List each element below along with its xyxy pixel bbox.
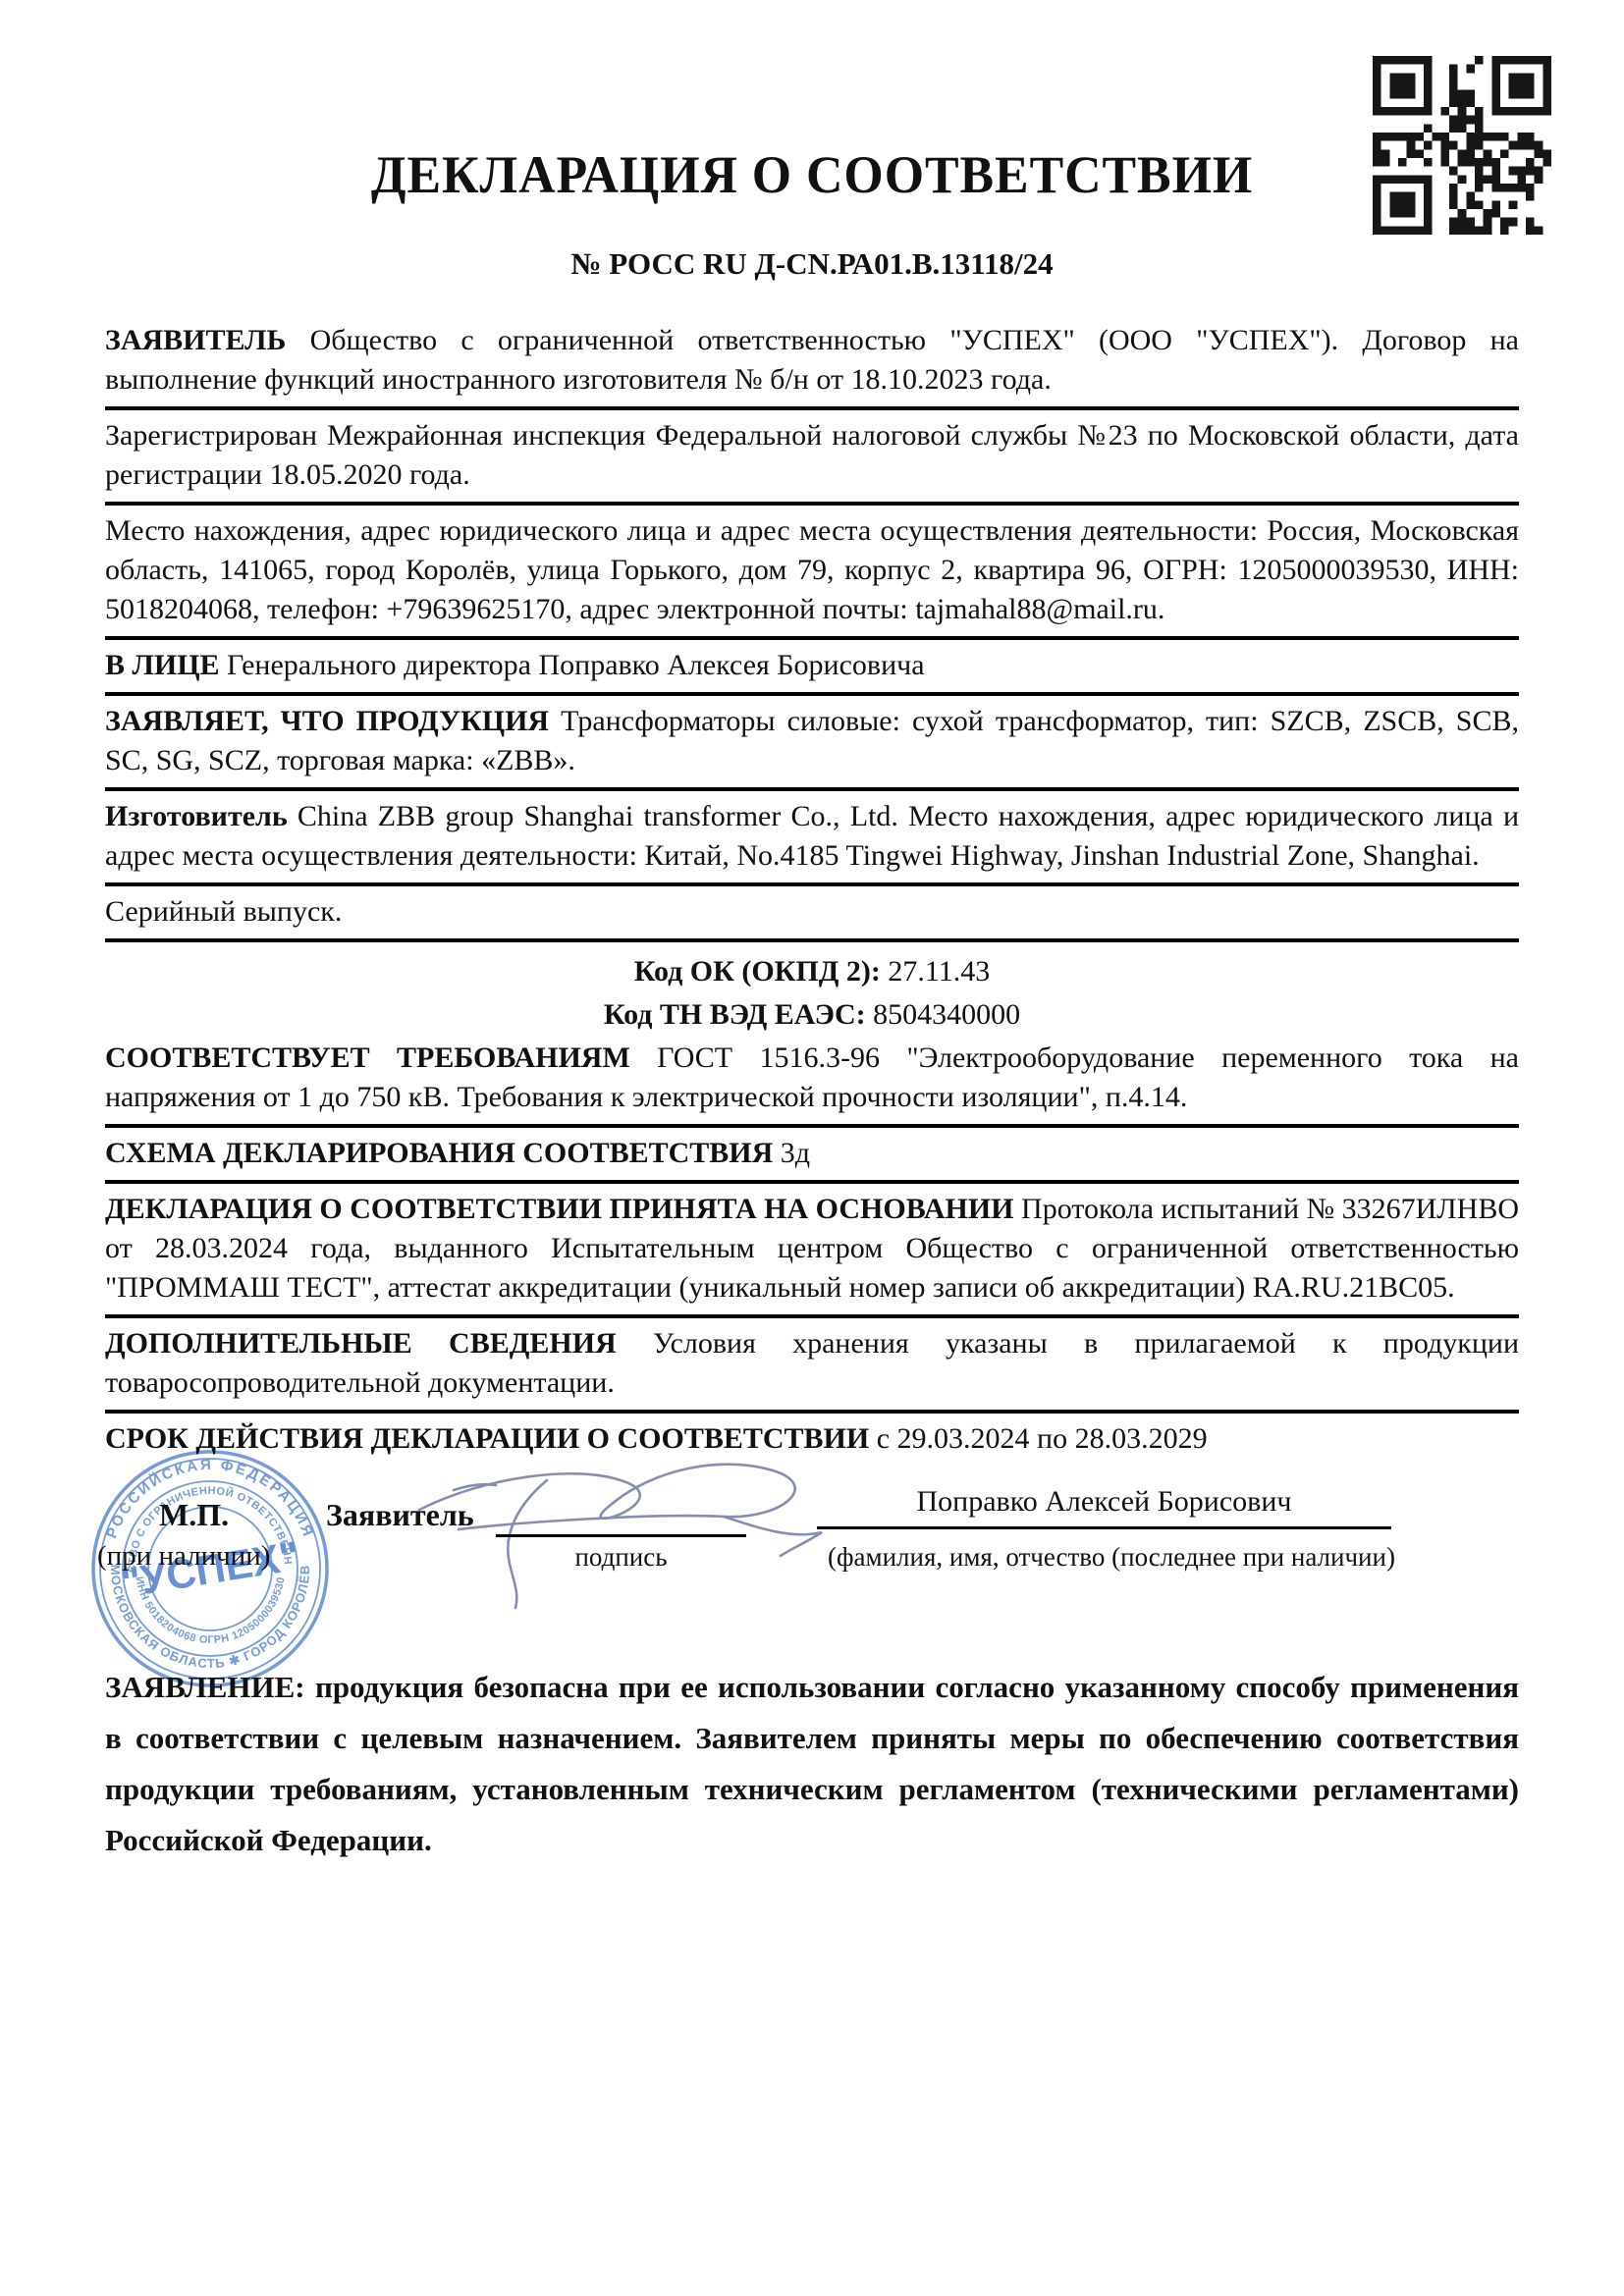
code-tnved-row: Код ТН ВЭД ЕАЭС: 8504340000 xyxy=(105,993,1519,1037)
stamp-place-note: (при наличии) xyxy=(97,1540,270,1573)
statement-text: продукция безопасна при ее использовании… xyxy=(105,1670,1519,1857)
sections: ЗАЯВИТЕЛЬ Общество с ограниченной ответс… xyxy=(105,315,1519,1466)
validity-text: с 29.03.2024 по 28.03.2029 xyxy=(877,1422,1208,1455)
product-label: ЗАЯВЛЯЕТ, ЧТО ПРОДУКЦИЯ xyxy=(105,705,549,737)
section-additional: ДОПОЛНИТЕЛЬНЫЕ СВЕДЕНИЯ Условия хранения… xyxy=(105,1318,1519,1414)
document-content: ДЕКЛАРАЦИЯ О СООТВЕТСТВИИ № РОСС RU Д-CN… xyxy=(0,0,1624,1866)
statement-paragraph: ЗАЯВЛЕНИЕ: продукция безопасна при ее ис… xyxy=(105,1662,1519,1866)
codes-block: Код ОК (ОКПД 2): 27.11.43 Код ТН ВЭД ЕАЭ… xyxy=(105,942,1519,1039)
section-conformity: СООТВЕТСТВУЕТ ТРЕБОВАНИЯМ ГОСТ 1516.3-96… xyxy=(105,1039,1519,1124)
manufacturer-text: China ZBB group Shanghai transformer Co.… xyxy=(105,800,1519,872)
okpd-label: Код ОК (ОКПД 2): xyxy=(634,955,881,988)
person-text: Генерального директора Поправко Алексея … xyxy=(227,649,924,681)
section-location: Место нахождения, адрес юридического лиц… xyxy=(105,506,1519,640)
section-declarant: ЗАЯВИТЕЛЬ Общество с ограниченной ответс… xyxy=(105,315,1519,410)
additional-label: ДОПОЛНИТЕЛЬНЫЕ СВЕДЕНИЯ xyxy=(105,1327,617,1360)
applicant-label: Заявитель xyxy=(326,1497,474,1533)
scheme-label: СХЕМА ДЕКЛАРИРОВАНИЯ СООТВЕТСТВИЯ xyxy=(105,1137,773,1169)
section-manufacturer: Изготовитель China ZBB group Shanghai tr… xyxy=(105,791,1519,886)
serial-text: Серийный выпуск. xyxy=(105,895,342,928)
declarant-text: Общество с ограниченной ответственностью… xyxy=(105,324,1519,396)
section-registered: Зарегистрирован Межрайонная инспекция Фе… xyxy=(105,410,1519,506)
basis-label: ДЕКЛАРАЦИЯ О СООТВЕТСТВИИ ПРИНЯТА НА ОСН… xyxy=(105,1193,1014,1225)
applicant-name: Поправко Алексей Борисович xyxy=(817,1485,1391,1529)
tnved-label: Код ТН ВЭД ЕАЭС: xyxy=(604,998,866,1031)
section-scheme: СХЕМА ДЕКЛАРИРОВАНИЯ СООТВЕТСТВИЯ 3д xyxy=(105,1128,1519,1184)
manufacturer-label: Изготовитель xyxy=(105,800,288,832)
registered-text: Зарегистрирован Межрайонная инспекция Фе… xyxy=(105,419,1519,491)
code-okpd-row: Код ОК (ОКПД 2): 27.11.43 xyxy=(105,950,1519,993)
stamp-place-label: М.П. xyxy=(159,1497,229,1533)
section-product: ЗАЯВЛЯЕТ, ЧТО ПРОДУКЦИЯ Трансформаторы с… xyxy=(105,696,1519,791)
person-label: В ЛИЦЕ xyxy=(105,649,220,681)
signature-caption: подпись xyxy=(496,1542,746,1573)
section-basis: ДЕКЛАРАЦИЯ О СООТВЕТСТВИИ ПРИНЯТА НА ОСН… xyxy=(105,1184,1519,1318)
conformity-label: СООТВЕТСТВУЕТ ТРЕБОВАНИЯМ xyxy=(105,1041,630,1074)
declaration-document: ДЕКЛАРАЦИЯ О СООТВЕТСТВИИ № РОСС RU Д-CN… xyxy=(0,0,1624,2296)
page-title: ДЕКЛАРАЦИЯ О СООТВЕТСТВИИ xyxy=(134,0,1490,203)
scheme-text: 3д xyxy=(781,1137,810,1169)
section-codes-conformity: Код ОК (ОКПД 2): 27.11.43 Код ТН ВЭД ЕАЭ… xyxy=(105,942,1519,1128)
tnved-value: 8504340000 xyxy=(873,998,1020,1031)
okpd-value: 27.11.43 xyxy=(888,955,990,988)
location-text: Место нахождения, адрес юридического лиц… xyxy=(105,514,1519,625)
section-person: В ЛИЦЕ Генерального директора Поправко А… xyxy=(105,640,1519,696)
document-number: № РОСС RU Д-CN.РА01.В.13118/24 xyxy=(105,246,1519,282)
declarant-label: ЗАЯВИТЕЛЬ xyxy=(105,324,286,356)
statement-label: ЗАЯВЛЕНИЕ: xyxy=(105,1670,305,1704)
signature-area: РОССИЙСКАЯ ФЕДЕРАЦИЯ ✱ МОСКОВСКАЯ ОБЛАСТ… xyxy=(105,1471,1519,1646)
signature-line xyxy=(496,1471,746,1537)
section-serial: Серийный выпуск. xyxy=(105,886,1519,942)
applicant-name-caption: (фамилия, имя, отчество (последнее при н… xyxy=(797,1542,1426,1573)
